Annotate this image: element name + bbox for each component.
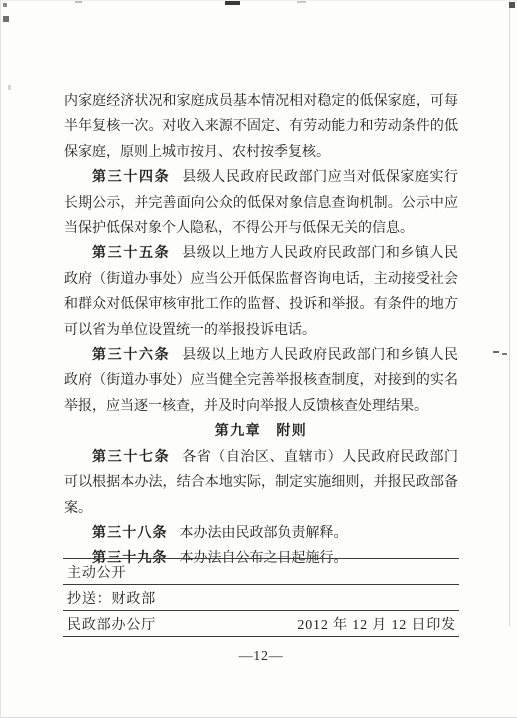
article-34-paragraph: 第三十四条县级人民政府民政部门应当对低保家庭实行长期公示，并完善面向公众的低保对… bbox=[64, 165, 458, 241]
article-36-number: 第三十六条 bbox=[92, 348, 170, 363]
chapter-9-heading: 第九章 附则 bbox=[64, 419, 458, 444]
article-35-paragraph: 第三十五条县级以上地方人民政府民政部门和乡镇人民政府（街道办事处）应当公开低保监… bbox=[64, 241, 458, 343]
print-date-label: 2012 年 12 月 12 日印发 bbox=[297, 614, 456, 634]
article-36-paragraph: 第三十六条县级以上地方人民政府民政部门和乡镇人民政府（街道办事处）应当健全完善举… bbox=[64, 343, 458, 419]
page-number: —12— bbox=[64, 649, 458, 665]
continuation-paragraph: 内家庭经济状况和家庭成员基本情况相对稳定的低保家庭，可每半年复核一次。对收入来源… bbox=[64, 89, 458, 165]
scan-artifact bbox=[3, 3, 7, 7]
footer-distribution-table: 主动公开 抄送：财政部 民政部办公厅 2012 年 12 月 12 日印发 bbox=[63, 558, 459, 637]
article-38-text: 本办法由民政部负责解释。 bbox=[180, 526, 348, 541]
footer-row-issuer: 民政部办公厅 2012 年 12 月 12 日印发 bbox=[63, 610, 459, 637]
article-35-number: 第三十五条 bbox=[92, 246, 170, 261]
scan-artifact bbox=[502, 353, 507, 355]
scan-artifact bbox=[225, 1, 240, 5]
footer-row-disclosure: 主动公开 bbox=[63, 558, 459, 584]
article-38-number: 第三十八条 bbox=[92, 526, 168, 541]
scan-artifact bbox=[509, 2, 515, 8]
scan-edge-line bbox=[509, 1, 510, 626]
article-34-number: 第三十四条 bbox=[92, 170, 170, 185]
scan-artifact bbox=[75, 1, 82, 3]
issuer-label: 民政部办公厅 bbox=[67, 614, 156, 634]
footer-row-cc: 抄送：财政部 bbox=[63, 584, 459, 610]
article-38-paragraph: 第三十八条本办法由民政部负责解释。 bbox=[64, 521, 458, 546]
scan-artifact bbox=[297, 1, 306, 3]
scan-artifact bbox=[8, 85, 11, 90]
disclosure-label: 主动公开 bbox=[67, 562, 126, 582]
scan-artifact bbox=[493, 351, 499, 353]
article-37-number: 第三十七条 bbox=[92, 450, 170, 465]
cc-label: 抄送：财政部 bbox=[67, 588, 156, 608]
scanned-document-page: 内家庭经济状况和家庭成员基本情况相对稳定的低保家庭，可每半年复核一次。对收入来源… bbox=[0, 0, 517, 718]
article-37-paragraph: 第三十七条各省（自治区、直辖市）人民政府民政部门可以根据本办法，结合本地实际，制… bbox=[64, 445, 458, 521]
scan-artifact bbox=[3, 16, 9, 22]
document-body: 内家庭经济状况和家庭成员基本情况相对稳定的低保家庭，可每半年复核一次。对收入来源… bbox=[64, 89, 458, 572]
